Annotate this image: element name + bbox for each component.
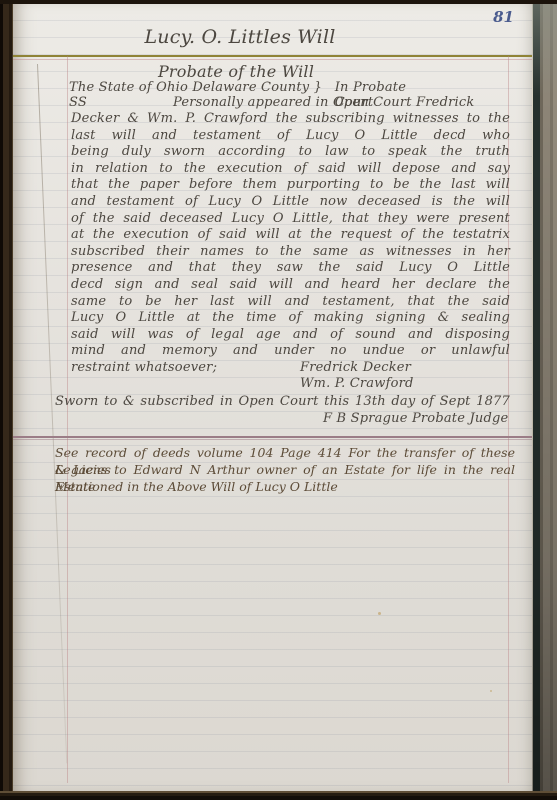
body-line: of the said deceased Lucy O Little, that…	[71, 211, 510, 228]
body-line: last will and testament of Lucy O Little…	[71, 128, 510, 145]
body-line: that the paper before them purporting to…	[71, 177, 510, 194]
witness-signature-1: Fredrick Decker	[300, 360, 411, 375]
body-line: Lucy O Little at the time of making sign…	[71, 310, 510, 327]
header-underline	[13, 59, 532, 60]
ledger-page: 81 Lucy. O. Littles Will Probate of the …	[13, 4, 532, 791]
judge-signature: F B Sprague Probate Judge	[323, 411, 508, 426]
book-cover-edge	[531, 0, 557, 800]
paper-speck	[490, 690, 492, 692]
closing-line: restraint whatsoever; Fredrick Decker	[71, 360, 510, 377]
body-line: and testament of Lucy O Little now decea…	[71, 194, 510, 211]
book-binding-edge	[0, 0, 13, 800]
opening-line: Personally appeared in Open Court Fredri…	[173, 95, 474, 110]
body-line: in relation to the execution of said wil…	[71, 161, 510, 178]
section-heading: Probate of the Will	[86, 62, 386, 81]
body-line: decd sign and seal said will and heard h…	[71, 277, 510, 294]
attestation-line: Sworn to & subscribed in Open Court this…	[55, 394, 510, 409]
witness-signature-2: Wm. P. Crawford	[300, 376, 414, 391]
probate-body-text: Decker & Wm. P. Crawford the subscribing…	[71, 111, 510, 360]
addendum-line: & Liens to Edward N Arthur owner of an E…	[55, 461, 515, 478]
addendum-line: Mentioned in the Above Will of Lucy O Li…	[55, 478, 515, 495]
ledger-photo: 81 Lucy. O. Littles Will Probate of the …	[0, 0, 557, 800]
header-rule-line	[13, 55, 532, 57]
body-line: subscribed their names to the same as wi…	[71, 244, 510, 261]
page-crease-line	[37, 64, 67, 763]
body-line: at the execution of said will at the req…	[71, 227, 510, 244]
entry-separator-line	[13, 436, 532, 438]
body-line: being duly sworn according to law to spe…	[71, 144, 510, 161]
paper-speck	[378, 612, 381, 615]
closing-text: restraint whatsoever;	[71, 360, 217, 375]
body-line: presence and that they saw the said Lucy…	[71, 260, 510, 277]
body-line: said will was of legal age and of sound …	[71, 327, 510, 344]
addendum-line: See record of deeds volume 104 Page 414 …	[55, 444, 515, 461]
will-title: Lucy. O. Littles Will	[90, 26, 390, 48]
body-line: Decker & Wm. P. Crawford the subscribing…	[71, 111, 510, 128]
deed-reference-note: See record of deeds volume 104 Page 414 …	[55, 444, 515, 495]
body-line: mind and memory and under no undue or un…	[71, 343, 510, 360]
book-bottom-edge	[0, 791, 557, 800]
body-line: same to be her last will and testament, …	[71, 294, 510, 311]
left-margin-line	[67, 56, 68, 783]
page-number: 81	[493, 8, 514, 26]
